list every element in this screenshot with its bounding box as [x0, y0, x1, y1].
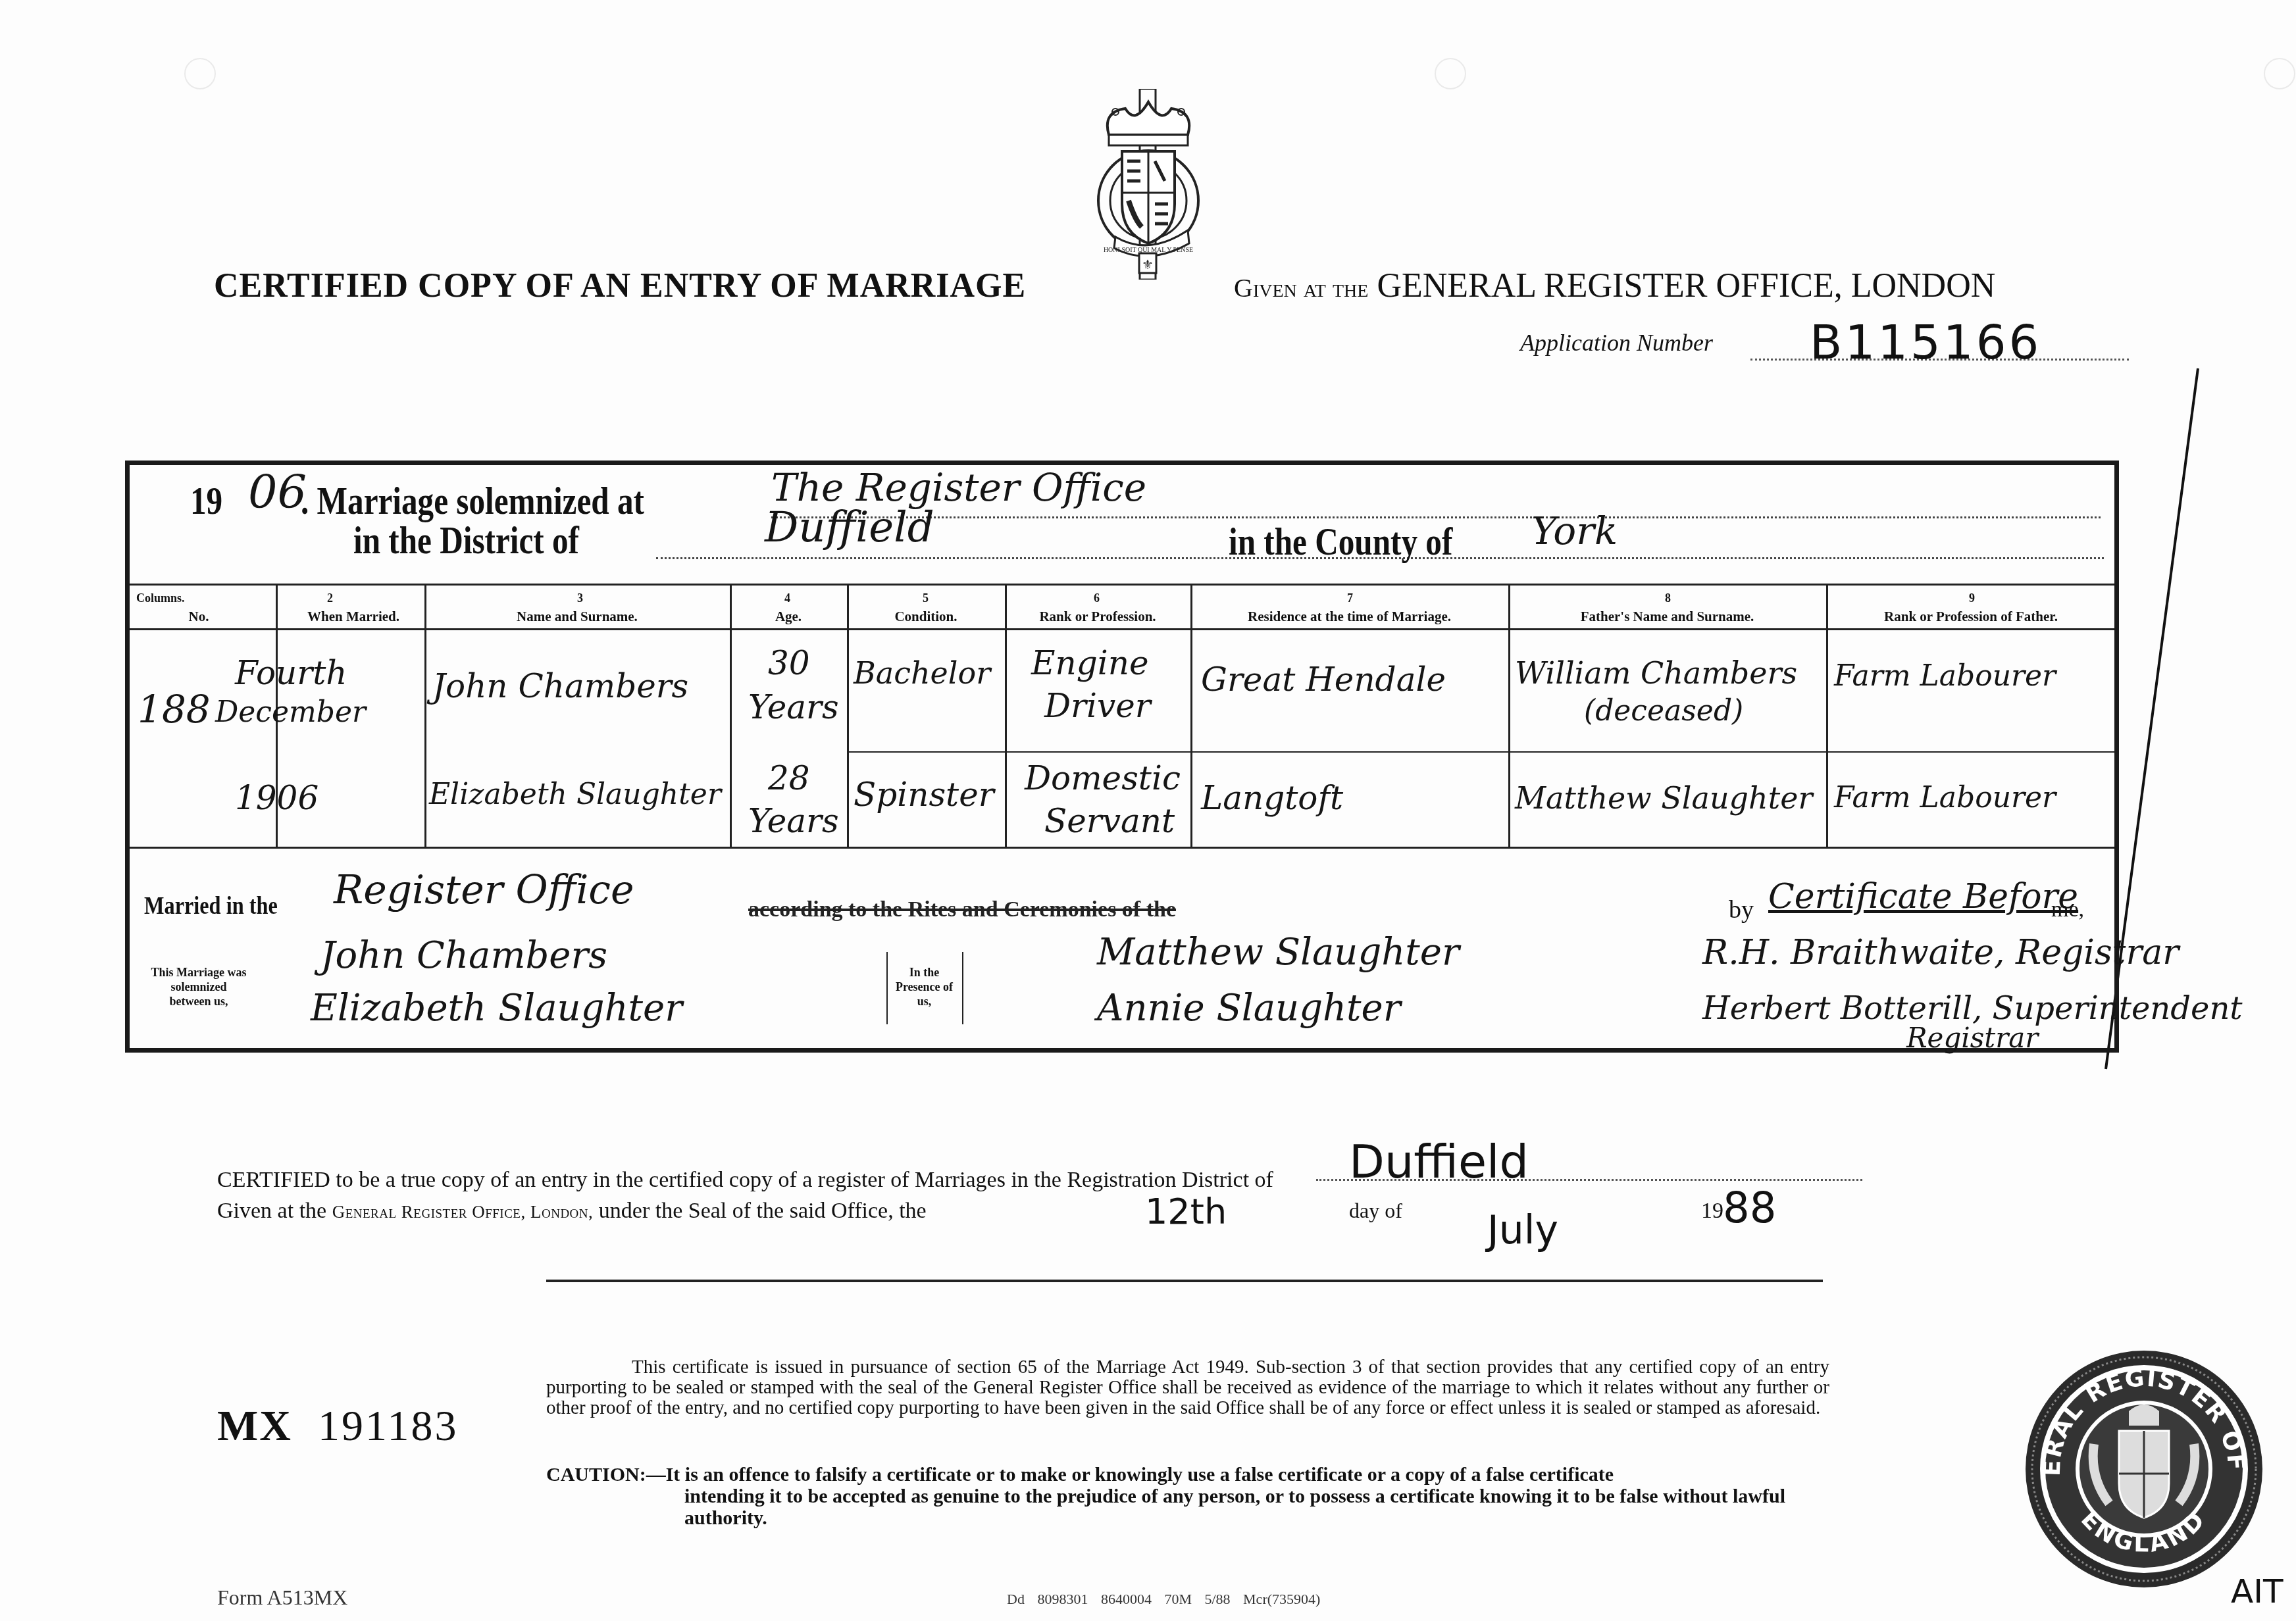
year-suffix: 06 [248, 465, 307, 519]
column-header-father-rank: Rank or Profession of Father. [1826, 609, 2116, 625]
by-suffix: me, [2051, 886, 2084, 934]
column-header-when-married: When Married. [281, 609, 426, 625]
county-value: York [1531, 509, 1618, 553]
register-entry: 19 06 . Marriage solemnized at The Regis… [125, 461, 2119, 1053]
registrar-signature: R.H. Braithwaite, Registrar [1702, 929, 2179, 976]
punch-hole [1435, 58, 1466, 89]
brace [886, 952, 888, 1024]
office-name: GENERAL REGISTER OFFICE, LONDON [1377, 267, 1995, 305]
bride-age-unit: Years [748, 797, 839, 845]
column-header-no: No. [149, 609, 248, 625]
groom-residence: Great Hendale [1201, 656, 1446, 703]
row-divider [130, 628, 2114, 630]
column-number: 4 [784, 591, 790, 605]
clerk-initials: AIT [2231, 1572, 2283, 1610]
certified-month: July [1487, 1207, 1558, 1253]
column-header-residence: Residence at the time of Marriage. [1190, 609, 1508, 625]
punch-hole [184, 58, 216, 89]
bride-father-rank: Farm Labourer [1834, 774, 2056, 822]
certificate-serial: MX 191183 [217, 1401, 459, 1451]
groom-age-unit: Years [748, 684, 839, 731]
print-code: Dd 8098301 8640004 70M 5/88 Mcr(735904) [1007, 1591, 1320, 1608]
married-in-label: Married in the [144, 891, 278, 920]
bride-age: 28 [768, 755, 810, 802]
column-number: 7 [1347, 591, 1353, 605]
column-number: 8 [1665, 591, 1671, 605]
row-divider [130, 584, 2114, 586]
cert-office: General Register Office, London, [332, 1202, 594, 1222]
columns-label: Columns. [136, 591, 185, 605]
serial-number: 191183 [318, 1402, 459, 1450]
legal-notice: This certificate is issued in pursuance … [546, 1357, 1829, 1418]
groom-condition: Bachelor [854, 649, 990, 697]
bride-condition: Spinster [854, 771, 994, 818]
bride-rank-1: Domestic [1025, 755, 1181, 802]
column-number: 2 [327, 591, 333, 605]
groom-rank-2: Driver [1044, 682, 1151, 730]
day-of-label: day of [1349, 1199, 1402, 1223]
royal-crest-icon: HONI SOIT QUI MAL Y PENSE ⚜ [1089, 89, 1208, 280]
caution-notice: CAUTION:—It is an offence to falsify a c… [546, 1464, 1829, 1529]
presence-label: In the Presence of us, [893, 965, 956, 1009]
serial-prefix: MX [217, 1402, 292, 1450]
form-number: Form A513MX [217, 1585, 347, 1610]
column-number: 6 [1094, 591, 1100, 605]
by-label: by [1729, 886, 1754, 934]
groom-name: John Chambers [432, 662, 688, 710]
column-number: 5 [923, 591, 929, 605]
column-header-rank: Rank or Profession. [1005, 609, 1190, 625]
groom-father-rank: Farm Labourer [1834, 653, 2056, 700]
application-number-value: B115166 [1810, 314, 2041, 370]
caution-rest: intending it to be accepted as genuine t… [546, 1485, 1829, 1529]
row-divider [847, 751, 2114, 753]
witness2-signature: Annie Slaughter [1097, 985, 1400, 1032]
caution-line1: It is an offence to falsify a certificat… [666, 1464, 1614, 1485]
certification-line-1: CERTIFIED to be a true copy of an entry … [217, 1168, 1273, 1193]
given-prefix: Given at the [1234, 273, 1368, 303]
witness1-signature: Matthew Slaughter [1097, 929, 1460, 976]
dotted-rule [771, 516, 2101, 518]
certified-day: 12th [1145, 1191, 1227, 1232]
rites-struck-text: according to the Rites and Ceremonies of… [748, 886, 1176, 934]
year-prefix: 19 [190, 478, 222, 524]
bride-residence: Langtoft [1201, 774, 1343, 822]
solemnized-between-label: This Marriage was solemnized between us, [149, 965, 248, 1009]
document-title: CERTIFIED COPY OF AN ENTRY OF MARRIAGE [214, 266, 1026, 305]
brace [962, 952, 963, 1024]
groom-rank-1: Engine [1031, 639, 1149, 687]
groom-age: 30 [768, 639, 810, 687]
bride-rank-2: Servant [1044, 797, 1175, 845]
superintendent-title: Registrar [1906, 1014, 2038, 1062]
svg-text:⚜: ⚜ [1142, 258, 1154, 272]
certified-year-prefix: 19 [1701, 1199, 1723, 1224]
district-value: Duffield [765, 503, 934, 552]
certification-line-2: Given at the General Register Office, Lo… [217, 1199, 927, 1224]
county-label: in the County of [1229, 519, 1452, 564]
bride-name: Elizabeth Slaughter [429, 771, 721, 818]
column-header-age: Age. [730, 609, 847, 625]
groom-father-note: (deceased) [1584, 687, 1743, 735]
column-header-father: Father's Name and Surname. [1508, 609, 1826, 625]
when-married-year: 1906 [235, 774, 319, 822]
application-number-label: Application Number [1520, 329, 1713, 357]
column-header-name: Name and Surname. [426, 609, 728, 625]
punch-hole [2264, 58, 2295, 89]
cert-prefix: Given at the [217, 1199, 326, 1223]
married-in-value: Register Office [334, 866, 634, 914]
row-divider [130, 847, 2114, 849]
bride-father: Matthew Slaughter [1515, 774, 1812, 822]
issuing-office: Given at the GENERAL REGISTER OFFICE, LO… [1234, 266, 1995, 305]
by-value: Certificate Before [1768, 873, 2078, 920]
signature-rule [546, 1280, 1823, 1282]
column-number: 9 [1969, 591, 1975, 605]
caution-label: CAUTION:— [546, 1464, 666, 1485]
column-number: 3 [577, 591, 583, 605]
when-married-month: December [215, 689, 366, 736]
certified-district: Duffield [1349, 1135, 1529, 1189]
solemnized-label: . Marriage solemnized at [301, 478, 644, 524]
cert-suffix: under the Seal of the said Office, the [599, 1199, 927, 1223]
certified-year-suffix: 88 [1723, 1184, 1776, 1233]
entry-number: 188 [138, 686, 211, 733]
party2-signature: Elizabeth Slaughter [311, 985, 682, 1032]
column-header-condition: Condition. [847, 609, 1005, 625]
party1-signature: John Chambers [320, 932, 607, 980]
register-office-seal-icon: GENERAL REGISTER OFFICE ENGLAND [2020, 1345, 2267, 1592]
district-label: in the District of [353, 518, 579, 563]
